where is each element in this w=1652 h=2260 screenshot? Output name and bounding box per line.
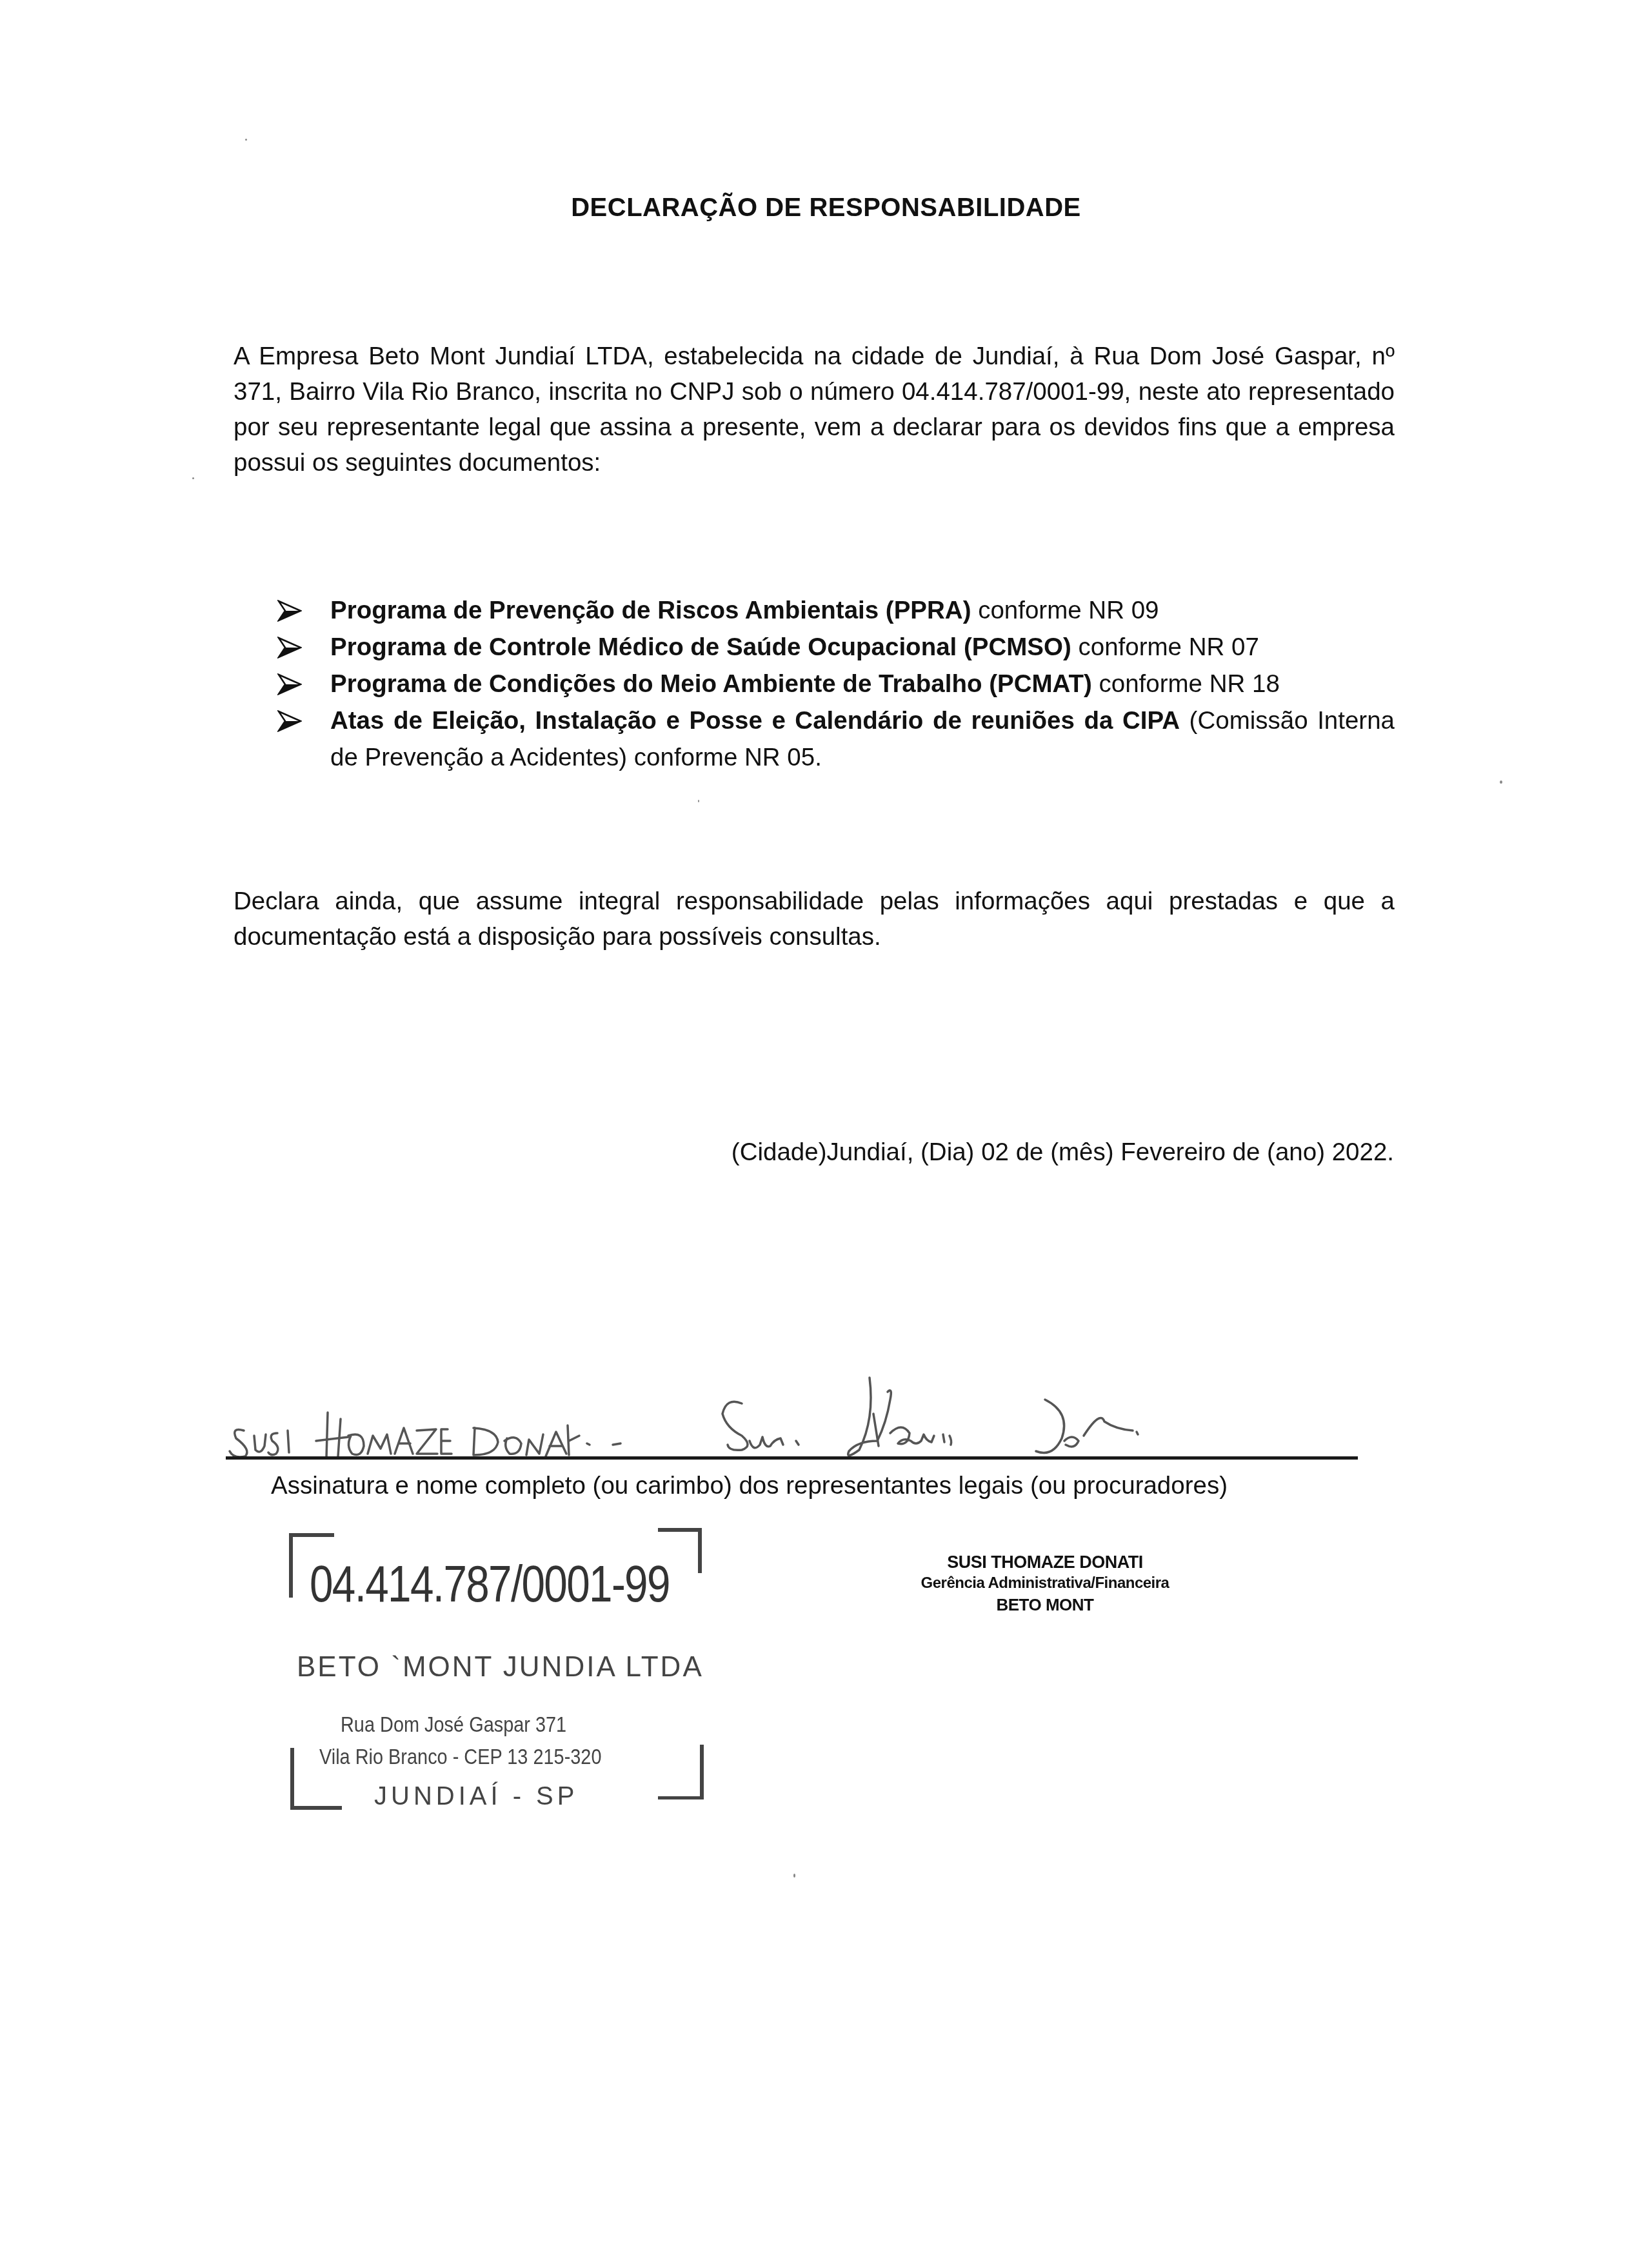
scan-speck xyxy=(192,477,194,479)
list-item: Programa de Condições do Meio Ambiente d… xyxy=(277,666,1395,702)
arrow-bullet-icon xyxy=(277,673,302,695)
signer-name: SUSI THOMAZE DONATI xyxy=(884,1551,1206,1573)
documents-list: Programa de Prevenção de Riscos Ambienta… xyxy=(277,592,1395,776)
stamp-corner xyxy=(290,1806,342,1810)
date-line: (Cidade)Jundiaí, (Dia) 02 de (mês) Fever… xyxy=(731,1138,1394,1167)
stamp-corner xyxy=(290,1748,294,1809)
intro-paragraph: A Empresa Beto Mont Jundiaí LTDA, estabe… xyxy=(234,339,1395,481)
signer-company: BETO MONT xyxy=(884,1594,1206,1616)
list-item: Atas de Eleição, Instalação e Posse e Ca… xyxy=(277,702,1395,776)
stamp-address-line2: Vila Rio Branco - CEP 13 215-320 xyxy=(319,1745,602,1770)
signer-role: Gerência Administrativa/Financeira xyxy=(884,1573,1206,1594)
document-norm: conforme NR 07 xyxy=(1071,633,1259,661)
stamp-address-line1: Rua Dom José Gaspar 371 xyxy=(341,1712,566,1738)
scan-speck xyxy=(698,800,699,802)
stamp-corner xyxy=(700,1745,704,1799)
scan-speck xyxy=(793,1874,795,1878)
document-name: Programa de Condições do Meio Ambiente d… xyxy=(330,670,1092,698)
arrow-bullet-icon xyxy=(277,710,302,732)
document-norm: conforme NR 18 xyxy=(1092,670,1280,698)
stamp-corner xyxy=(658,1528,701,1532)
scan-speck xyxy=(1500,780,1502,784)
stamp-corner xyxy=(658,1796,703,1799)
stamp-company-name: BETO `MONT JUNDIA LTDA xyxy=(297,1651,704,1683)
handwritten-signature xyxy=(226,1374,1361,1464)
stamp-corner xyxy=(698,1528,702,1573)
signature-caption: Assinatura e nome completo (ou carimbo) … xyxy=(271,1472,1228,1500)
stamp-cnpj: 04.414.787/0001-99 xyxy=(310,1554,670,1614)
document-name: Atas de Eleição, Instalação e Posse e Ca… xyxy=(330,707,1180,735)
arrow-bullet-icon xyxy=(277,600,302,622)
signer-stamp: SUSI THOMAZE DONATI Gerência Administrat… xyxy=(884,1551,1206,1616)
stamp-city: JUNDIAÍ - SP xyxy=(374,1782,578,1811)
document-title: DECLARAÇÃO DE RESPONSABILIDADE xyxy=(0,193,1652,223)
stamp-corner xyxy=(289,1533,334,1537)
arrow-bullet-icon xyxy=(277,637,302,659)
document-name: Programa de Controle Médico de Saúde Ocu… xyxy=(330,633,1071,661)
scan-speck xyxy=(245,139,247,141)
document-page: DECLARAÇÃO DE RESPONSABILIDADE A Empresa… xyxy=(0,0,1652,2260)
list-item: Programa de Controle Médico de Saúde Ocu… xyxy=(277,629,1395,666)
signature-line xyxy=(226,1456,1358,1460)
list-item: Programa de Prevenção de Riscos Ambienta… xyxy=(277,592,1395,629)
document-name: Programa de Prevenção de Riscos Ambienta… xyxy=(330,597,971,624)
stamp-corner xyxy=(289,1533,293,1598)
company-cnpj-stamp: 04.414.787/0001-99 BETO `MONT JUNDIA LTD… xyxy=(284,1519,748,1841)
document-norm: conforme NR 09 xyxy=(971,597,1159,624)
closing-paragraph: Declara ainda, que assume integral respo… xyxy=(234,884,1395,955)
